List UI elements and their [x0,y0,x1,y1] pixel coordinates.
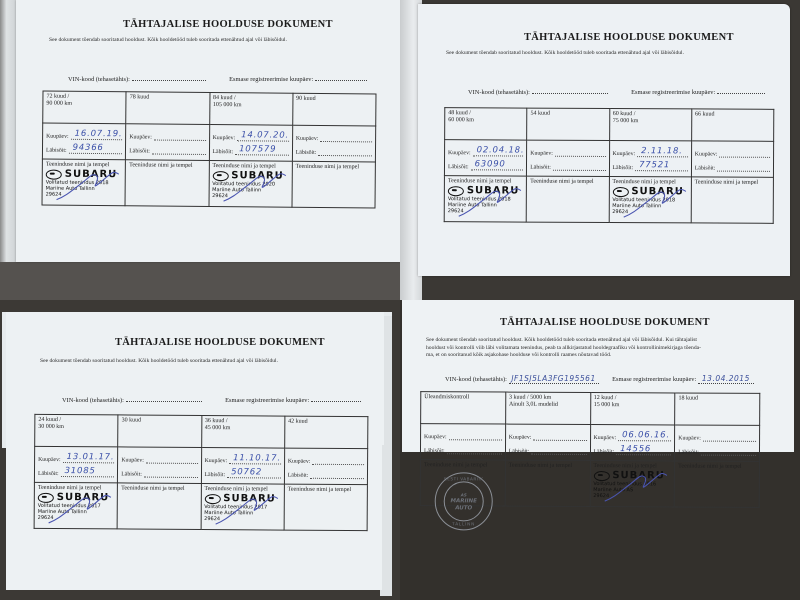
date-field[interactable]: Kuupäev: [678,427,756,441]
table-row: Kuupäev:Läbisõit:Kuupäev:Läbisõit:Kuupäe… [420,424,759,462]
dealer-stamp: SUBARUVolitatud teenindus 2020Mariine Au… [212,170,284,200]
table-row: Teeninduse nimi ja tempelEESTI VABARIIKA… [420,460,759,508]
page-title: TÄHTAJALISE HOOLDUSE DOKUMENT [123,19,333,30]
mileage-field-label: Läbisõit: [695,165,716,171]
subaru-logo-icon [38,492,54,502]
date-field-value: 2.11.18. [641,146,683,156]
vin-field [126,401,202,402]
mileage-field-label: Läbisõit: [678,449,699,455]
service-stamp-cell: Teeninduse nimi ja tempel [526,176,608,222]
mileage-field-label: Läbisõit: [204,472,225,478]
interval-cell: 3 kuud / 5000 kmAinult 3,0L mudelid [505,392,590,424]
date-field-value: 06.06.16. [622,430,670,440]
date-field-value: 02.04.18. [477,145,525,155]
mileage-field[interactable]: Läbisõit: [695,157,770,171]
interval-label: 30 000 km [38,424,114,432]
interval-cell: 84 kuud /105 000 km [209,93,293,126]
table-row: 48 kuud /60 000 km54 kuud60 kuud /75 000… [445,108,774,142]
date-mileage-cell: Kuupäev:Läbisõit: [527,140,609,176]
vin-label: VIN-kood (tehasetähis): [468,89,530,96]
table-row: Kuupäev:16.07.19.Läbisõit:94366Kuupäev:L… [42,123,375,162]
interval-label: 54 kuud [530,111,605,118]
date-field-label: Kuupäev: [205,458,228,464]
mileage-field-label: Läbisõit: [288,473,309,479]
intro-text: See dokument tõendab sooritatud hooldust… [49,37,287,45]
mileage-field-value: 94366 [73,143,104,153]
subaru-logo-icon [204,494,220,504]
date-field[interactable]: Kuupäev:16.07.19. [46,126,122,141]
date-field-label: Kuupäev: [288,459,311,465]
mileage-field[interactable]: Läbisõit: [678,441,756,455]
mileage-field[interactable]: Läbisõit: [509,441,587,455]
date-field-label: Kuupäev: [509,435,532,441]
mileage-field[interactable]: Läbisõit:77521 [612,157,687,171]
date-field-label: Kuupäev: [129,134,152,140]
first-registration-label: Esmase registreerimise kuupäev: [631,89,715,96]
date-field[interactable]: Kuupäev:06.06.16. [594,427,672,441]
stamp-line: 29624 [593,493,665,499]
mileage-field[interactable]: Läbisõit: [129,140,205,155]
page-title: TÄHTAJALISE HOOLDUSE DOKUMENT [115,337,325,348]
stamp-brand: SUBARU [65,169,118,180]
service-stamp-label: Teeninduse nimi ja tempel [424,462,502,468]
photo-top-left: TÄHTAJALISE HOOLDUSE DOKUMENT See dokume… [0,0,400,300]
table-row: Teeninduse nimi ja tempelSUBARUVolitatud… [444,176,773,224]
vin-field: JF1SJ5LA3FG195561 [509,374,599,384]
service-stamp-cell: Teeninduse nimi ja tempelEESTI VABARIIKA… [420,460,505,506]
interval-cell: 18 kuud [675,393,760,425]
mileage-field[interactable]: Läbisõit:63090 [448,156,523,170]
interval-cell: 72 kuud /90 000 km [43,91,127,124]
dealer-stamp: SUBARUVolitatud teenindus 2018Mariine Au… [46,169,118,199]
stamp-line: 29624 [46,192,118,199]
subaru-logo-icon [46,169,62,179]
mileage-field-value: 63090 [475,159,506,169]
mileage-field[interactable]: Läbisõit:31085 [38,463,114,478]
stamp-line: 29624 [38,515,110,521]
service-stamp-label: Teeninduse nimi ja tempel [612,179,687,185]
date-field[interactable]: Kuupäev: [288,451,364,466]
stamp-brand: SUBARU [631,186,684,197]
stamp-line: 29624 [448,208,520,214]
date-mileage-cell: Kuupäev:Läbisõit: [118,447,201,484]
vin-row: VIN-kood (tehasetähis): Esmase registree… [468,89,765,96]
interval-cell: 48 kuud /60 000 km [445,108,527,140]
first-registration-label: Esmase registreerimise kuupäev: [225,397,309,404]
interval-label: 45 000 km [205,425,281,433]
intro-text: See dokument tõendab sooritatud hooldust… [446,50,684,58]
date-field[interactable]: Kuupäev: [530,143,605,157]
interval-cell: 24 kuud /30 000 km [35,414,118,447]
mileage-field-value: 14556 [620,444,651,454]
mileage-field[interactable]: Läbisõit:94366 [46,140,122,155]
interval-label: 42 kuud [288,419,364,427]
date-field[interactable]: Kuupäev:2.11.18. [613,143,688,157]
date-field-label: Kuupäev: [594,435,617,441]
date-field-label: Kuupäev: [46,134,69,140]
service-stamp-label: Teeninduse nimi ja tempel [448,178,523,184]
table-row: Teeninduse nimi ja tempelSUBARUVolitatud… [34,482,367,530]
service-stamp-cell: Teeninduse nimi ja tempel [284,484,368,531]
dealer-stamp: SUBARUVolitatud teenindus 2017Mariine Au… [38,492,110,521]
date-field[interactable]: Kuupäev: [509,427,587,441]
mileage-field-label: Läbisõit: [612,165,633,171]
first-registration-field [717,93,765,94]
date-field[interactable]: Kuupäev:14.07.20. [213,127,289,142]
interval-cell: 36 kuud /45 000 km [201,416,284,449]
stamp-brand: SUBARU [231,170,284,181]
interval-cell: 12 kuud /15 000 km [590,393,675,425]
date-field-value: 11.10.17. [233,453,281,463]
service-stamp-cell: Teeninduse nimi ja tempel [125,160,209,207]
interval-cell: 54 kuud [527,108,609,140]
date-field-label: Kuupäev: [424,434,447,440]
mileage-field[interactable]: Läbisõit:50762 [204,464,280,479]
table-row: 72 kuud /90 000 km78 kuud84 kuud /105 00… [43,91,376,126]
vin-label: VIN-kood (tehasetähis): [68,76,130,83]
stamp-brand: SUBARU [57,492,110,503]
service-stamp-label: Teeninduse nimi ja tempel [288,487,364,494]
service-stamp-label: Teeninduse nimi ja tempel [509,463,587,469]
service-stamp-label: Teeninduse nimi ja tempel [129,162,205,169]
interval-label: 15 000 km [594,402,672,409]
interval-label: 90 kuud [296,96,372,104]
mileage-field-label: Läbisõit: [424,448,445,454]
date-mileage-cell: Kuupäev:Läbisõit: [126,124,210,161]
mileage-field[interactable]: Läbisõit: [288,465,364,480]
mileage-field-label: Läbisõit: [129,148,150,154]
dealer-stamp: SUBARUVolitatud teenindus 2017Mariine Au… [204,493,276,522]
mileage-field-label: Läbisõit: [530,165,551,171]
photo-top-right: TÄHTAJALISE HOOLDUSE DOKUMENT See dokume… [400,0,800,300]
stamp-line: 29624 [204,516,276,522]
date-mileage-cell: Kuupäev:06.06.16.Läbisõit:14556 [590,425,675,461]
vin-field [532,93,608,94]
service-stamp-label: Teeninduse nimi ja tempel [296,164,372,171]
service-stamp-label: Teeninduse nimi ja tempel [593,463,671,469]
date-field[interactable]: Kuupäev: [129,126,205,141]
date-field[interactable]: Kuupäev:13.01.17. [38,449,114,464]
vin-label: VIN-kood (tehasetähis): [445,376,507,383]
service-stamp-cell: Teeninduse nimi ja tempel [117,483,201,530]
interval-label: 60 000 km [448,117,523,124]
vin-row: VIN-kood (tehasetähis): Esmase registree… [68,76,367,83]
service-stamp-cell: Teeninduse nimi ja tempelSUBARUVolitatud… [34,482,118,529]
mileage-field-label: Läbisõit: [38,471,59,477]
date-field-label: Kuupäev: [213,135,236,141]
mileage-field-value: 31085 [65,466,96,476]
stamp-line: 29624 [212,193,284,200]
date-mileage-cell: Kuupäev:Läbisõit: [292,125,376,162]
mileage-field-label: Läbisõit: [509,449,530,455]
interval-cell: 90 kuud [292,93,376,126]
interval-label: 66 kuud [695,111,770,118]
service-stamp-cell: Teeninduse nimi ja tempel [505,460,590,506]
mileage-field-value: 107579 [239,144,276,154]
date-field-label: Kuupäev: [695,151,718,157]
service-stamp-cell: Teeninduse nimi ja tempelSUBARUVolitatud… [209,160,293,207]
date-field-label: Kuupäev: [448,150,471,156]
interval-label: Ainult 3,0L mudelid [509,402,587,409]
service-stamp-cell: Teeninduse nimi ja tempelSUBARUVolitatud… [590,460,675,506]
date-mileage-cell: Kuupäev:Läbisõit: [284,448,367,485]
service-stamp-label: Teeninduse nimi ja tempel [204,486,280,493]
date-field[interactable]: Kuupäev: [296,128,372,143]
mileage-field[interactable]: Läbisõit: [530,157,605,171]
date-field[interactable]: Kuupäev:02.04.18. [448,142,523,156]
subaru-logo-icon [593,471,609,481]
date-mileage-cell: Kuupäev:02.04.18.Läbisõit:63090 [444,140,526,176]
service-stamp-cell: Teeninduse nimi ja tempel [674,461,759,507]
service-stamp-cell: Teeninduse nimi ja tempelSUBARUVolitatud… [201,483,285,530]
date-field-label: Kuupäev: [121,457,144,463]
table-row: 24 kuud /30 000 km30 kuud36 kuud /45 000… [35,414,368,448]
mileage-field-label: Läbisõit: [593,449,614,455]
date-field-label: Kuupäev: [296,136,319,142]
service-stamp-cell: Teeninduse nimi ja tempelSUBARUVolitatud… [42,159,126,206]
date-mileage-cell: Kuupäev:Läbisõit: [505,424,590,460]
photo-bottom-left: TÄHTAJALISE HOOLDUSE DOKUMENT See dokume… [0,300,400,600]
intro-text: See dokument tõendab sooritatud hooldust… [426,337,701,360]
date-field-label: Kuupäev: [530,151,553,157]
mileage-field-label: Läbisõit: [212,149,233,155]
mileage-field-label: Läbisõit: [46,148,67,154]
page-title: TÄHTAJALISE HOOLDUSE DOKUMENT [524,32,734,43]
first-registration-label: Esmase registreerimise kuupäev: [612,376,696,383]
interval-cell: 60 kuud /75 000 km [609,109,691,141]
vin-field [132,80,206,81]
service-stamp-label: Teeninduse nimi ja tempel [46,162,122,169]
mileage-field-label: Läbisõit: [296,150,317,156]
vin-row: VIN-kood (tehasetähis): JF1SJ5LA3FG19556… [445,374,754,384]
service-table: 72 kuud /90 000 km78 kuud84 kuud /105 00… [42,91,377,209]
service-stamp-label: Teeninduse nimi ja tempel [530,179,605,185]
date-mileage-cell: Kuupäev:Läbisõit: [675,425,760,461]
first-registration-field [315,80,367,81]
date-field-label: Kuupäev: [38,457,61,463]
stamp-line: 29624 [612,209,684,215]
subaru-logo-icon [612,187,628,197]
dealer-stamp: SUBARUVolitatud teenindus 2018Mariine Au… [612,186,684,215]
mileage-field[interactable]: Läbisõit: [296,142,372,157]
service-stamp-cell: Teeninduse nimi ja tempelSUBARUVolitatud… [609,176,691,222]
intro-text: See dokument tõendab sooritatud hooldust… [40,358,278,366]
stamp-brand: SUBARU [223,493,276,504]
interval-cell: Üleandmiskontroll [421,392,506,424]
first-registration-label: Esmase registreerimise kuupäev: [229,76,313,83]
photo-bottom-right: TÄHTAJALISE HOOLDUSE DOKUMENT See dokume… [400,300,800,600]
date-field[interactable]: Kuupäev: [424,426,502,440]
mileage-field[interactable]: Läbisõit: [424,440,502,454]
date-field-value: 14.07.20. [241,130,289,140]
interval-cell: 42 kuud [284,416,367,449]
service-stamp-cell: Teeninduse nimi ja tempel [691,177,773,223]
interval-label: 105 000 km [213,102,289,110]
mileage-field-value: 50762 [231,467,262,477]
interval-cell: 66 kuud [691,109,773,141]
table-row: Kuupäev:13.01.17.Läbisõit:31085Kuupäev:L… [34,446,367,484]
interval-label: 30 kuud [122,417,198,425]
interval-cell: 30 kuud [118,415,201,448]
date-mileage-cell: Kuupäev:Läbisõit: [691,141,773,177]
mileage-field[interactable]: Läbisõit:14556 [593,441,671,455]
page-title: TÄHTAJALISE HOOLDUSE DOKUMENT [500,317,710,328]
table-row: Teeninduse nimi ja tempelSUBARUVolitatud… [42,159,375,208]
service-stamp-label: Teeninduse nimi ja tempel [212,163,288,170]
date-mileage-cell: Kuupäev:2.11.18.Läbisõit:77521 [609,141,691,177]
service-stamp-cell: Teeninduse nimi ja tempelSUBARUVolitatud… [444,176,526,222]
mileage-field[interactable]: Läbisõit: [121,463,197,478]
interval-label: Üleandmiskontroll [424,394,502,401]
round-dealer-stamp: EESTI VABARIIKASMARIINEAUTOTALLINN [435,472,493,530]
interval-cell: 78 kuud [126,92,210,125]
interval-label: 78 kuud [130,94,206,102]
date-mileage-cell: Kuupäev:11.10.17.Läbisõit:50762 [201,448,284,485]
date-field-label: Kuupäev: [678,435,701,441]
service-table: 24 kuud /30 000 km30 kuud36 kuud /45 000… [34,414,369,531]
vin-label: VIN-kood (tehasetähis): [62,397,124,404]
subaru-logo-icon [448,186,464,196]
first-registration-field [311,401,361,402]
mileage-field-label: Läbisõit: [121,471,142,477]
stamp-brand: SUBARU [612,470,665,481]
service-stamp-label: Teeninduse nimi ja tempel [38,485,114,492]
service-stamp-label: Teeninduse nimi ja tempel [678,463,756,469]
dealer-stamp: SUBARUVolitatud teenindus 2018Mariine Au… [448,185,520,214]
interval-label: 75 000 km [613,118,688,125]
date-field-value: 16.07.19. [75,129,123,139]
service-table: 48 kuud /60 000 km54 kuud60 kuud /75 000… [444,107,775,224]
service-stamp-label: Teeninduse nimi ja tempel [695,179,770,185]
date-mileage-cell: Kuupäev:14.07.20.Läbisõit:107579 [209,125,293,162]
service-table: Üleandmiskontroll3 kuud / 5000 kmAinult … [420,391,761,508]
interval-label: 90 000 km [46,101,122,109]
date-field-label: Kuupäev: [613,151,636,157]
table-row: Üleandmiskontroll3 kuud / 5000 kmAinult … [421,392,760,426]
date-mileage-cell: Kuupäev:Läbisõit: [420,424,505,460]
date-field[interactable]: Kuupäev: [121,449,197,464]
dealer-stamp: SUBARUVolitatud teenindus 2016Mariine Au… [593,470,665,499]
vin-row: VIN-kood (tehasetähis): Esmase registree… [62,397,361,404]
service-stamp-cell: Teeninduse nimi ja tempel [292,161,376,208]
interval-label: 18 kuud [678,395,756,402]
date-field[interactable]: Kuupäev: [695,143,770,157]
mileage-field-label: Läbisõit: [448,164,469,170]
service-stamp-label: Teeninduse nimi ja tempel [121,485,197,492]
stamp-brand: SUBARU [467,185,520,196]
date-mileage-cell: Kuupäev:13.01.17.Läbisõit:31085 [34,446,117,483]
date-mileage-cell: Kuupäev:16.07.19.Läbisõit:94366 [42,123,126,160]
first-registration-field: 13.04.2015 [698,374,754,384]
table-row: Kuupäev:02.04.18.Läbisõit:63090Kuupäev:L… [444,140,773,178]
date-field-value: 13.01.17. [67,452,115,462]
mileage-field[interactable]: Läbisõit:107579 [212,141,288,156]
mileage-field-value: 77521 [639,160,670,170]
date-field[interactable]: Kuupäev:11.10.17. [205,450,281,465]
subaru-logo-icon [212,171,228,181]
